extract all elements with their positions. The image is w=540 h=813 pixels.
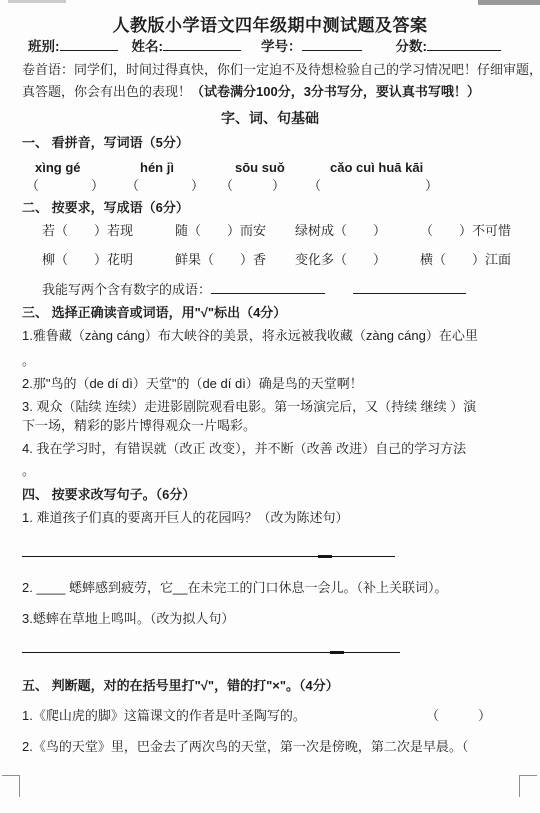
- q2-title: 二、 按要求，写成语（6分）: [22, 199, 530, 216]
- idiom-blank: 鲜果（ ）香: [175, 251, 266, 268]
- q5-item-1-bracket: （ ）: [426, 707, 491, 724]
- q3-item-2: 2.那"鸟的（de dí dì）天堂"的（de dí dì）确是鸟的天堂啊！: [22, 375, 530, 392]
- number-idiom-blank-2: [353, 282, 466, 294]
- pinyin-word-4: cǎo cuì huā kāi: [330, 159, 423, 176]
- q3-title: 三、 选择正确读音或词语，用"√"标出（4分）: [22, 304, 530, 321]
- idiom-blank: 随（ ）而安: [175, 222, 266, 239]
- scan-artifact-top-right: [478, 0, 540, 5]
- number-idiom-prompt: 我能写两个含有数字的成语：: [42, 282, 211, 297]
- exam-paper-page: 人教版小学语文四年级期中测试题及答案 班别:姓名:学号：分数: 卷首语：同学们，…: [0, 0, 540, 813]
- answer-bracket-1: （ ）: [26, 177, 104, 194]
- preamble-line-2-bold: （试卷满分100分，3分书写分，要认真书写哦！）: [191, 84, 480, 99]
- pinyin-word-2: hén jì: [140, 159, 174, 176]
- score-label: 分数:: [396, 39, 428, 54]
- idiom-blank: 横（ ）江面: [420, 251, 511, 268]
- student-info-row: 班别:姓名:学号：分数:: [28, 38, 530, 55]
- score-blank: [427, 39, 501, 51]
- q3-item-3-line-1: 3. 观众（陆续 连续）走进影剧院观看电影。第一场演完后，又（持续 继续 ）演: [22, 398, 530, 415]
- name-blank: [163, 39, 241, 51]
- class-blank: [60, 39, 118, 51]
- q1-title: 一、 看拼音，写词语（5分）: [22, 134, 530, 151]
- page-margin-mark-bottom-left: [2, 775, 20, 797]
- q3-item-1-line-2: 。: [22, 352, 530, 369]
- idiom-blank: 若（ ）若现: [42, 222, 133, 239]
- page-margin-mark-bottom-right: [519, 775, 537, 797]
- q3-item-4-line-2: 。: [22, 462, 530, 479]
- q3-item-3-line-2: 下一场，精彩的影片博得观众一片喝彩。: [22, 417, 530, 434]
- q4-item-3: 3.蟋蟀在草地上鸣叫。（改为拟人句）: [22, 610, 530, 627]
- q3-item-1-line-1: 1.雅鲁藏（zàng cáng）布大峡谷的美景，将永远被我收藏（zàng cán…: [22, 327, 530, 344]
- class-label: 班别:: [28, 39, 60, 54]
- q5-title: 五、 判断题，对的在括号里打"√"，错的打"×"。（4分）: [22, 677, 530, 694]
- q4-title: 四、 按要求改写句子。（6分）: [22, 486, 530, 503]
- section-header: 字、词、句基础: [0, 108, 540, 128]
- q5-item-2: 2.《鸟的天堂》里，巴金去了两次鸟的天堂，第一次是傍晚，第二次是早晨。（: [22, 738, 530, 755]
- idiom-blank: 绿树成（ ）: [295, 222, 386, 239]
- preamble-line-2: 真答题，你会有出色的表现！（试卷满分100分，3分书写分，要认真书写哦！）: [22, 83, 530, 100]
- q5-item-1: 1.《爬山虎的脚》这篇课文的作者是叶圣陶写的。 （ ）: [22, 707, 530, 724]
- idiom-blank: 柳（ ）花明: [42, 251, 133, 268]
- preamble-line-1: 卷首语：同学们，时间过得真快，你们一定迫不及待想检验自己的学习情况吧！仔细审题，…: [22, 61, 530, 78]
- page-title: 人教版小学语文四年级期中测试题及答案: [0, 11, 540, 36]
- student-id-blank: [302, 39, 362, 51]
- q2-number-idiom-prompt-row: 我能写两个含有数字的成语：: [42, 281, 530, 298]
- idiom-blank: （ ）不可惜: [420, 222, 511, 239]
- name-label: 姓名:: [132, 39, 164, 54]
- preamble-line-2-normal: 真答题，你会有出色的表现！: [22, 84, 191, 99]
- answer-bracket-2: （ ）: [126, 177, 204, 194]
- q5-item-1-text: 1.《爬山虎的脚》这篇课文的作者是叶圣陶写的。: [22, 708, 306, 723]
- student-id-label: 学号：: [261, 39, 302, 54]
- q4-item-2: 2. ____ 蟋蟀感到疲劳，它__在未完工的门口休息一会儿。（补上关联词）。: [22, 579, 530, 596]
- q4-answer-line-1: [22, 556, 395, 557]
- answer-bracket-4: （ ）: [308, 177, 438, 194]
- scan-artifact-top-left: [8, 0, 66, 3]
- q4-answer-line-1-notch: [318, 555, 332, 558]
- answer-bracket-3: （ ）: [220, 177, 285, 194]
- number-idiom-blank-1: [211, 282, 325, 294]
- q4-answer-line-2-notch: [330, 651, 344, 654]
- q3-item-4-line-1: 4. 我在学习时，有错误就（改正 改变），并不断（改善 改进）自己的学习方法: [22, 440, 530, 457]
- idiom-blank: 变化多（ ）: [295, 251, 386, 268]
- pinyin-word-1: xìng gé: [35, 159, 81, 176]
- pinyin-word-3: sōu suǒ: [235, 159, 285, 176]
- q4-item-1: 1. 难道孩子们真的要离开巨人的花园吗？（改为陈述句）: [22, 509, 530, 526]
